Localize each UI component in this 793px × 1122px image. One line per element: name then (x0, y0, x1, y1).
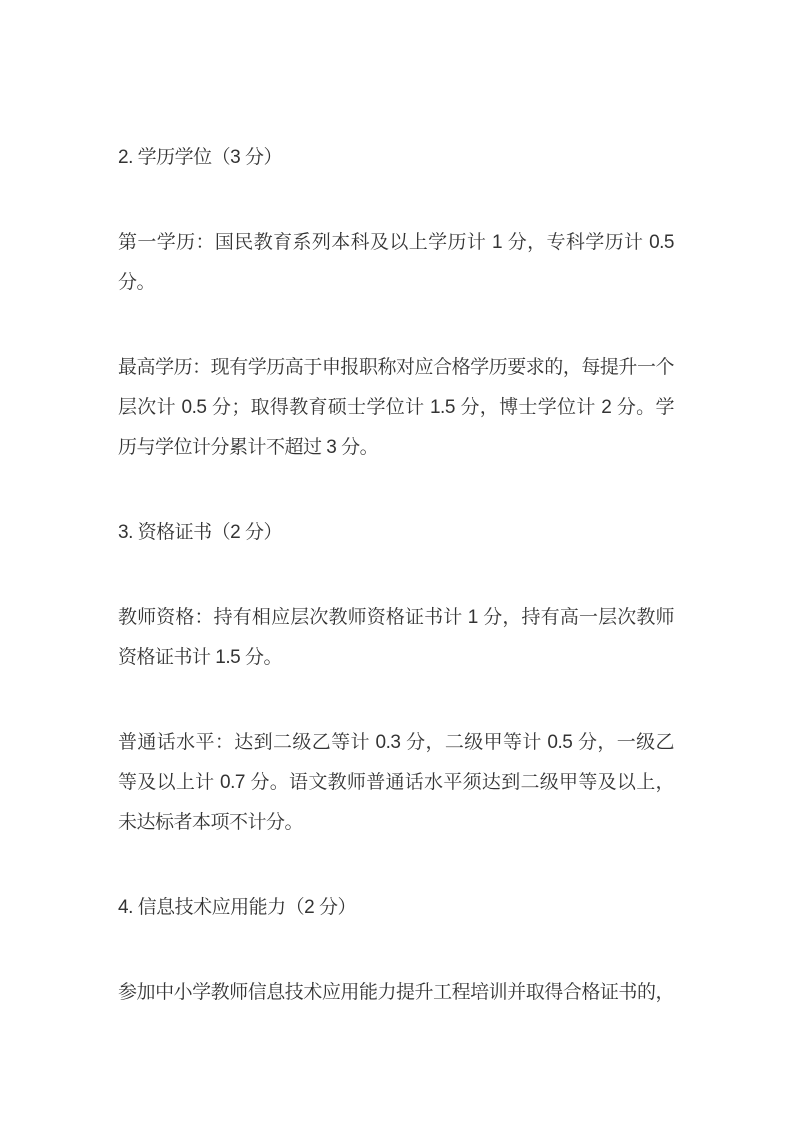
paragraph-it-ability: 参加中小学教师信息技术应用能力提升工程培训并取得合格证书的， (118, 973, 674, 1013)
text-line: 3. 资格证书（2 分） (118, 513, 674, 553)
text-line: 等及以上计 0.7 分。语文教师普通话水平须达到二级甲等及以上， (118, 763, 674, 803)
text-line: 教师资格：持有相应层次教师资格证书计 1 分，持有高一层次教师 (118, 598, 674, 638)
text-line: 最高学历：现有学历高于申报职称对应合格学历要求的，每提升一个 (118, 348, 674, 388)
text-line: 2. 学历学位（3 分） (118, 138, 674, 178)
document-page: 2. 学历学位（3 分）第一学历：国民教育系列本科及以上学历计 1 分，专科学历… (0, 0, 793, 1122)
text-line: 参加中小学教师信息技术应用能力提升工程培训并取得合格证书的， (118, 973, 674, 1013)
text-line: 层次计 0.5 分；取得教育硕士学位计 1.5 分，博士学位计 2 分。学 (118, 388, 674, 428)
paragraph-first-degree: 第一学历：国民教育系列本科及以上学历计 1 分，专科学历计 0.5分。 (118, 223, 674, 303)
text-line: 4. 信息技术应用能力（2 分） (118, 888, 674, 928)
section-heading-3: 3. 资格证书（2 分） (118, 513, 674, 553)
text-line: 历与学位计分累计不超过 3 分。 (118, 428, 674, 468)
text-line: 第一学历：国民教育系列本科及以上学历计 1 分，专科学历计 0.5 (118, 223, 674, 263)
document-content: 2. 学历学位（3 分）第一学历：国民教育系列本科及以上学历计 1 分，专科学历… (118, 138, 674, 1013)
text-line: 普通话水平：达到二级乙等计 0.3 分，二级甲等计 0.5 分，一级乙 (118, 723, 674, 763)
paragraph-putonghua-level: 普通话水平：达到二级乙等计 0.3 分，二级甲等计 0.5 分，一级乙等及以上计… (118, 723, 674, 843)
section-heading-2: 2. 学历学位（3 分） (118, 138, 674, 178)
paragraph-teacher-certificate: 教师资格：持有相应层次教师资格证书计 1 分，持有高一层次教师资格证书计 1.5… (118, 598, 674, 678)
paragraph-highest-degree: 最高学历：现有学历高于申报职称对应合格学历要求的，每提升一个层次计 0.5 分；… (118, 348, 674, 468)
section-heading-4: 4. 信息技术应用能力（2 分） (118, 888, 674, 928)
text-line: 未达标者本项不计分。 (118, 803, 674, 843)
text-line: 分。 (118, 263, 674, 303)
text-line: 资格证书计 1.5 分。 (118, 638, 674, 678)
